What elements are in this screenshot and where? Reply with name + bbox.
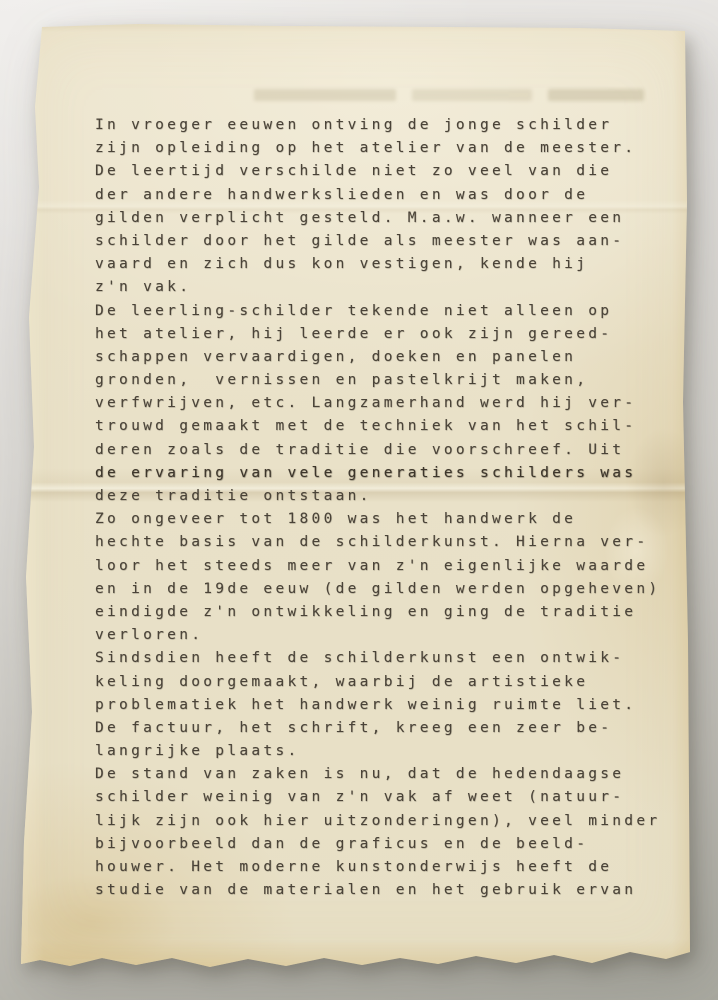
- text-line: verfwrijven, etc. Langzamerhand werd hij…: [95, 392, 673, 415]
- text-line: In vroeger eeuwen ontving de jonge schil…: [95, 114, 673, 137]
- text-line: bijvoorbeeld dan de graficus en de beeld…: [95, 833, 673, 856]
- text-line: langrijke plaats.: [95, 740, 673, 763]
- bleed-through-block: [254, 89, 396, 101]
- text-line: problematiek het handwerk weinig ruimte …: [95, 694, 673, 717]
- text-line: houwer. Het moderne kunstonderwijs heeft…: [95, 856, 673, 879]
- text-line: studie van de materialen en het gebruik …: [95, 879, 673, 902]
- text-line: De leerling-schilder tekende niet alleen…: [95, 300, 673, 323]
- text-line: trouwd gemaakt met de techniek van het s…: [95, 415, 673, 438]
- bleed-through-block: [548, 89, 644, 101]
- text-line: gilden verplicht gesteld. M.a.w. wanneer…: [95, 207, 673, 230]
- text-line: schilder weinig van z'n vak af weet (nat…: [95, 786, 673, 809]
- text-line: de ervaring van vele generaties schilder…: [95, 462, 673, 485]
- paper-surface: In vroeger eeuwen ontving de jonge schil…: [18, 22, 692, 967]
- text-line: zijn opleiding op het atelier van de mee…: [95, 137, 673, 160]
- text-line: schilder door het gilde als meester was …: [95, 230, 673, 253]
- text-line: keling doorgemaakt, waarbij de artistiek…: [95, 671, 673, 694]
- text-line: De factuur, het schrift, kreeg een zeer …: [95, 717, 673, 740]
- text-line: Zo ongeveer tot 1800 was het handwerk de: [95, 508, 673, 531]
- text-line: schappen vervaardigen, doeken en panelen: [95, 346, 673, 369]
- typed-text-block: In vroeger eeuwen ontving de jonge schil…: [95, 114, 673, 902]
- text-line: deren zoals de traditie die voorschreef.…: [95, 439, 673, 462]
- text-line: Sindsdien heeft de schilderkunst een ont…: [95, 647, 673, 670]
- text-line: lijk zijn ook hier uitzonderingen), veel…: [95, 810, 673, 833]
- bleed-through-block: [412, 89, 532, 101]
- text-line: eindigde z'n ontwikkeling en ging de tra…: [95, 601, 673, 624]
- text-line: loor het steeds meer van z'n eigenlijke …: [95, 555, 673, 578]
- text-line: gronden, vernissen en pastelkrijt maken,: [95, 369, 673, 392]
- text-line: hechte basis van de schilderkunst. Hiern…: [95, 531, 673, 554]
- text-line: deze traditie ontstaan.: [95, 485, 673, 508]
- text-line: De leertijd verschilde niet zo veel van …: [95, 160, 673, 183]
- paper-sheet: In vroeger eeuwen ontving de jonge schil…: [18, 22, 692, 967]
- text-line: z'n vak.: [95, 276, 673, 299]
- text-line: het atelier, hij leerde er ook zijn gere…: [95, 323, 673, 346]
- text-line: De stand van zaken is nu, dat de hedenda…: [95, 763, 673, 786]
- text-line: vaard en zich dus kon vestigen, kende hi…: [95, 253, 673, 276]
- text-line: verloren.: [95, 624, 673, 647]
- bleed-through-text: [254, 86, 644, 104]
- photo-background: In vroeger eeuwen ontving de jonge schil…: [0, 0, 718, 1000]
- text-line: en in de 19de eeuw (de gilden werden opg…: [95, 578, 673, 601]
- text-line: der andere handwerkslieden en was door d…: [95, 184, 673, 207]
